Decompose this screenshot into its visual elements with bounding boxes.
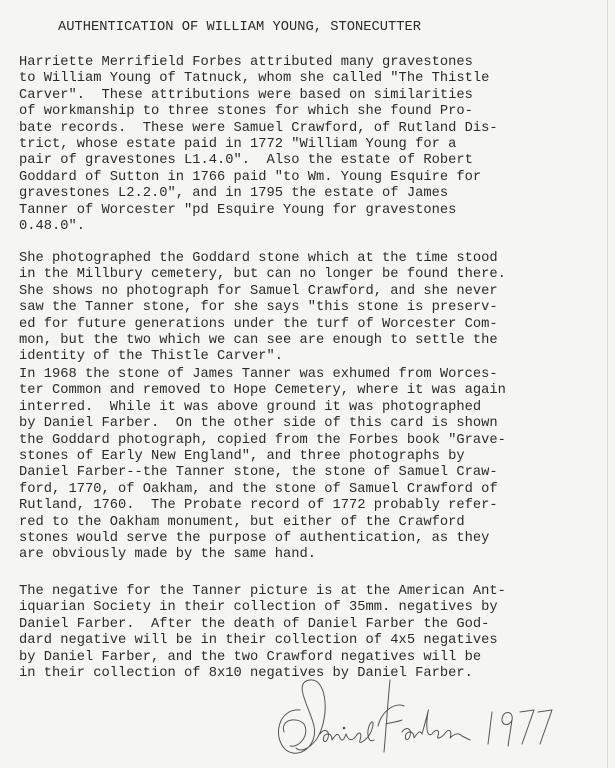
text-line: red to the Oakham monument, but either o… — [19, 515, 506, 531]
text-line: Daniel Farber--the Tanner stone, the sto… — [19, 465, 506, 481]
text-line: stones would serve the purpose of authen… — [19, 531, 506, 547]
text-line: to William Young of Tatnuck, whom she ca… — [19, 71, 498, 87]
text-line: identity of the Thistle Carver". — [19, 349, 506, 365]
text-line: Tanner of Worcester "pd Esquire Young fo… — [19, 203, 498, 219]
document-page: AUTHENTICATION OF WILLIAM YOUNG, STONECU… — [0, 0, 615, 768]
text-line: by Daniel Farber. On the other side of t… — [19, 416, 506, 432]
text-line: ter Common and removed to Hope Cemetery,… — [19, 383, 506, 399]
text-line: of workmanship to three stones for which… — [19, 104, 498, 120]
signature-text: Daniel Farber 1977 — [269, 689, 280, 691]
text-line: She shows no photograph for Samuel Crawf… — [19, 284, 506, 300]
text-line: The negative for the Tanner picture is a… — [19, 584, 506, 600]
text-line: Daniel Farber. After the death of Daniel… — [19, 617, 506, 633]
text-line: in their collection of 8x10 negatives by… — [19, 666, 506, 682]
document-title: AUTHENTICATION OF WILLIAM YOUNG, STONECU… — [58, 20, 421, 36]
text-line: in the Millbury cemetery, but can no lon… — [19, 267, 506, 283]
handwritten-signature: Daniel Farber 1977 — [270, 690, 570, 760]
text-line: bate records. These were Samuel Crawford… — [19, 121, 498, 137]
text-line: by Daniel Farber, and the two Crawford n… — [19, 650, 506, 666]
text-line: are obviously made by the same hand. — [19, 547, 506, 563]
text-line: Harriette Merrifield Forbes attributed m… — [19, 55, 498, 71]
text-line: mon, but the two which we can see are en… — [19, 333, 506, 349]
text-line: stones of Early New England", and three … — [19, 449, 506, 465]
paragraph-negatives-collection: The negative for the Tanner picture is a… — [19, 584, 506, 682]
text-line: iquarian Society in their collection of … — [19, 600, 506, 616]
text-line: trict, whose estate paid in 1772 "Willia… — [19, 137, 498, 153]
text-line: Goddard of Sutton in 1766 paid "to Wm. Y… — [19, 170, 498, 186]
text-line: pair of gravestones L1.4.0". Also the es… — [19, 153, 498, 169]
text-line: interred. While it was above ground it w… — [19, 400, 506, 416]
text-line: She photographed the Goddard stone which… — [19, 251, 506, 267]
paragraph-forbes-attribution: Harriette Merrifield Forbes attributed m… — [19, 55, 498, 235]
text-line: ford, 1770, of Oakham, and the stone of … — [19, 482, 506, 498]
text-line: ed for future generations under the turf… — [19, 317, 506, 333]
text-line: 0.48.0". — [19, 219, 498, 235]
text-line: In 1968 the stone of James Tanner was ex… — [19, 367, 506, 383]
text-line: the Goddard photograph, copied from the … — [19, 433, 506, 449]
paragraph-tanner-exhumation: In 1968 the stone of James Tanner was ex… — [19, 367, 506, 564]
signature-icon: Daniel Farber 1977 — [270, 690, 570, 760]
paragraph-goddard-photograph: She photographed the Goddard stone which… — [19, 251, 506, 366]
text-line: dard negative will be in their collectio… — [19, 633, 506, 649]
text-line: Carver". These attributions were based o… — [19, 88, 498, 104]
text-line: saw the Tanner stone, for she says "this… — [19, 300, 506, 316]
text-line: Rutland, 1760. The Probate record of 177… — [19, 498, 506, 514]
text-line: gravestones L2.2.0", and in 1795 the est… — [19, 186, 498, 202]
page-edge-line — [607, 0, 608, 768]
